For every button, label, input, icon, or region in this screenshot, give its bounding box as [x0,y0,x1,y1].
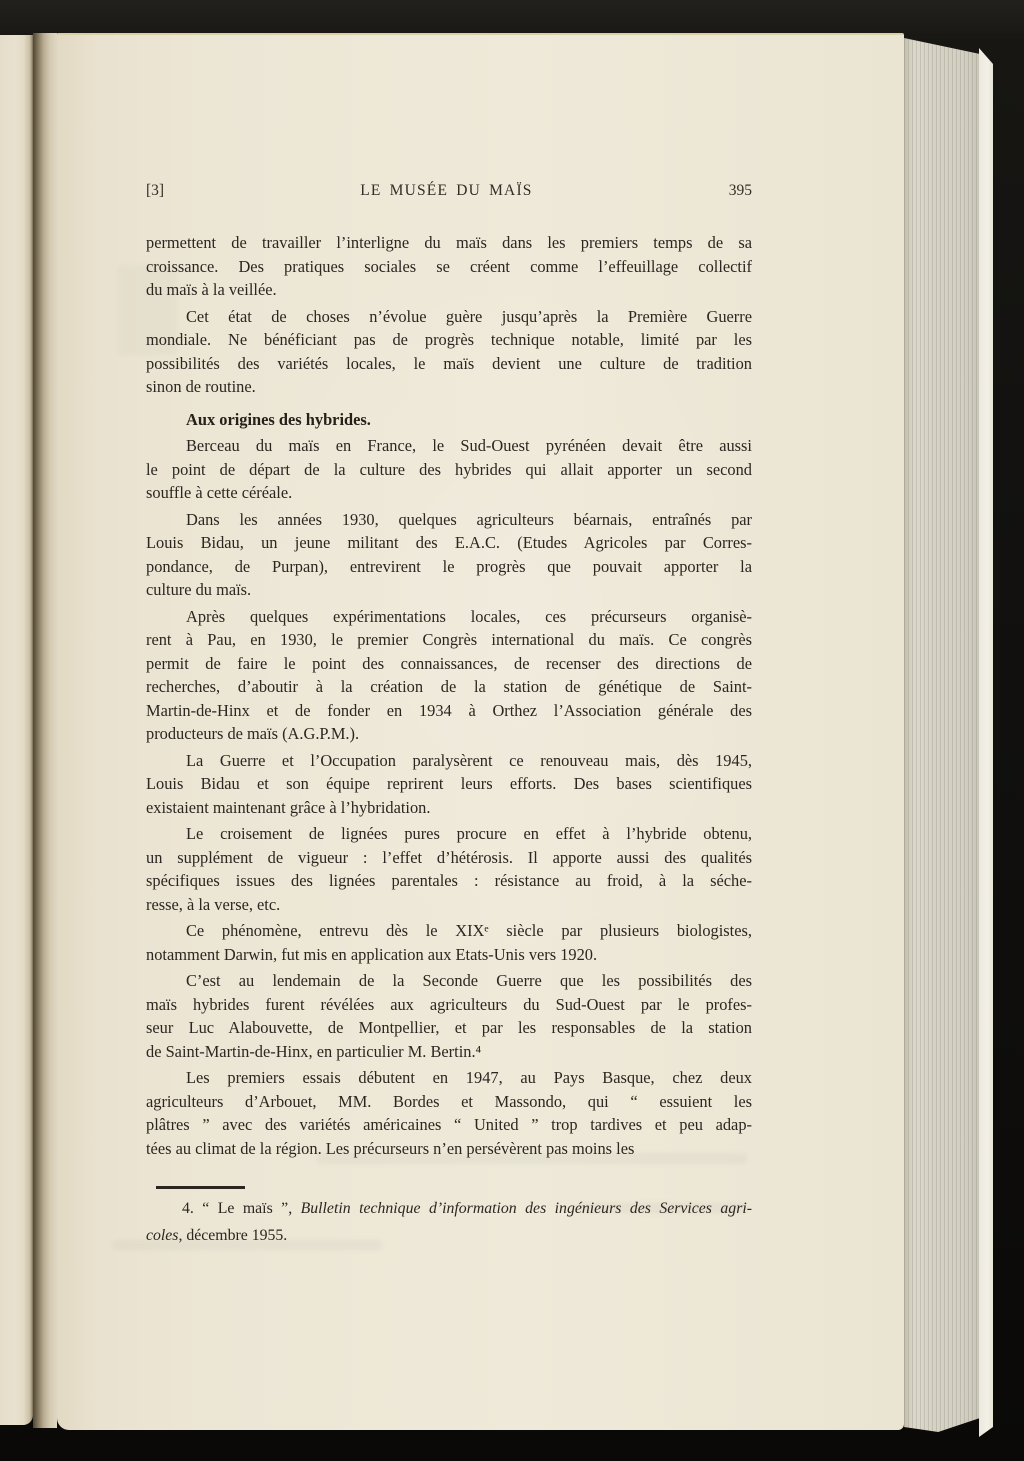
footnote-separator [156,1186,245,1189]
text-line: resse, à la verse, etc. [146,893,752,917]
text-line: le point de départ de la culture des hyb… [146,458,752,482]
text-line: Aux origines des hybrides. [146,408,752,432]
text-line: tées au climat de la région. Les précurs… [146,1137,752,1161]
footnote: 4. “ Le maïs ”, Bulletin technique d’inf… [146,1196,752,1249]
paragraph: C’est au lendemain de la Seconde Guerre … [146,969,752,1063]
text-line: Martin-de-Hinx et de fonder en 1934 à Or… [146,699,752,723]
text-line: maïs hybrides furent révélées aux agricu… [146,993,752,1017]
paragraph: Le croisement de lignées pures procure e… [146,822,752,916]
text-line: Louis Bidau, un jeune militant des E.A.C… [146,531,752,555]
paragraph: Après quelques expérimentations locales,… [146,605,752,746]
text-line: seur Luc Alabouvette, de Montpellier, et… [146,1016,752,1040]
text-line: La Guerre et l’Occupation paralysèrent c… [146,749,752,773]
footnote-line: 4. “ Le maïs ”, Bulletin technique d’inf… [146,1196,752,1223]
text-line: mondiale. Ne bénéficiant pas de progrès … [146,328,752,352]
text-line: du maïs à la veillée. [146,278,752,302]
text-line: croissance. Des pratiques sociales se cr… [146,255,752,279]
text-line: de Saint-Martin-de-Hinx, en particulier … [146,1040,752,1064]
text-line: notamment Darwin, fut mis en application… [146,943,752,967]
text-line: rent à Pau, en 1930, le premier Congrès … [146,628,752,652]
page-body: permettent de travailler l’interligne du… [146,231,752,1160]
running-header: [3] LE MUSÉE DU MAÏS 395 [146,182,752,200]
text-line: plâtres ” avec des variétés américaines … [146,1113,752,1137]
paragraph: Dans les années 1930, quelques agriculte… [146,508,752,602]
section-heading: Aux origines des hybrides. [146,408,752,432]
text-line: agriculteurs d’Arbouet, MM. Bordes et Ma… [146,1090,752,1114]
text-line: Louis Bidau et son équipe reprirent leur… [146,772,752,796]
footnote-citation-title: Bulletin technique d’information des ing… [301,1200,752,1217]
text-line: existaient maintenant grâce à l’hybridat… [146,796,752,820]
paragraph: La Guerre et l’Occupation paralysèrent c… [146,749,752,820]
text-line: Après quelques expérimentations locales,… [146,605,752,629]
paragraph: Ce phénomène, entrevu dès le XIXᵉ siècle… [146,919,752,966]
footnote-line: coles, décembre 1955. [146,1223,752,1250]
section-number: [3] [146,182,164,200]
book-photo-scene: [3] LE MUSÉE DU MAÏS 395 permettent de t… [0,0,1024,1461]
text-line: Dans les années 1930, quelques agriculte… [146,508,752,532]
text-line: Ce phénomène, entrevu dès le XIXᵉ siècle… [146,919,752,943]
book-page: [3] LE MUSÉE DU MAÏS 395 permettent de t… [57,33,904,1430]
text-line: permettent de travailler l’interligne du… [146,231,752,255]
text-line: souffle à cette céréale. [146,481,752,505]
text-line: un supplément de vigueur : l’effet d’hét… [146,846,752,870]
paragraph: Berceau du maïs en France, le Sud-Ouest … [146,434,752,505]
left-page-edge [0,35,33,1425]
text-line: sinon de routine. [146,375,752,399]
text-line: possibilités des variétés locales, le ma… [146,352,752,376]
text-line: recherches, d’aboutir à la création de l… [146,675,752,699]
back-cover-edge [979,46,993,1439]
text-line: spécifiques issues des lignées parentale… [146,869,752,893]
footnote-text: 4. “ Le maïs ”, [182,1200,301,1217]
text-line: Berceau du maïs en France, le Sud-Ouest … [146,434,752,458]
text-line: C’est au lendemain de la Seconde Guerre … [146,969,752,993]
footnote-text: décembre 1955. [182,1227,287,1244]
book-gutter [33,33,57,1428]
text-line: pondance, de Purpan), entrevirent le pro… [146,555,752,579]
text-line: culture du maïs. [146,578,752,602]
page-stack-fore-edge [904,36,980,1434]
footnote-citation-title: coles, [146,1227,182,1244]
text-line: Le croisement de lignées pures procure e… [146,822,752,846]
paragraph: Les premiers essais débutent en 1947, au… [146,1066,752,1160]
text-line: producteurs de maïs (A.G.P.M.). [146,722,752,746]
running-title: LE MUSÉE DU MAÏS [360,182,532,200]
text-line: Cet état de choses n’évolue guère jusqu’… [146,305,752,329]
paragraph: Cet état de choses n’évolue guère jusqu’… [146,305,752,399]
text-line: permit de faire le point des connaissanc… [146,652,752,676]
text-line: Les premiers essais débutent en 1947, au… [146,1066,752,1090]
page-number: 395 [729,182,752,200]
paragraph: permettent de travailler l’interligne du… [146,231,752,302]
